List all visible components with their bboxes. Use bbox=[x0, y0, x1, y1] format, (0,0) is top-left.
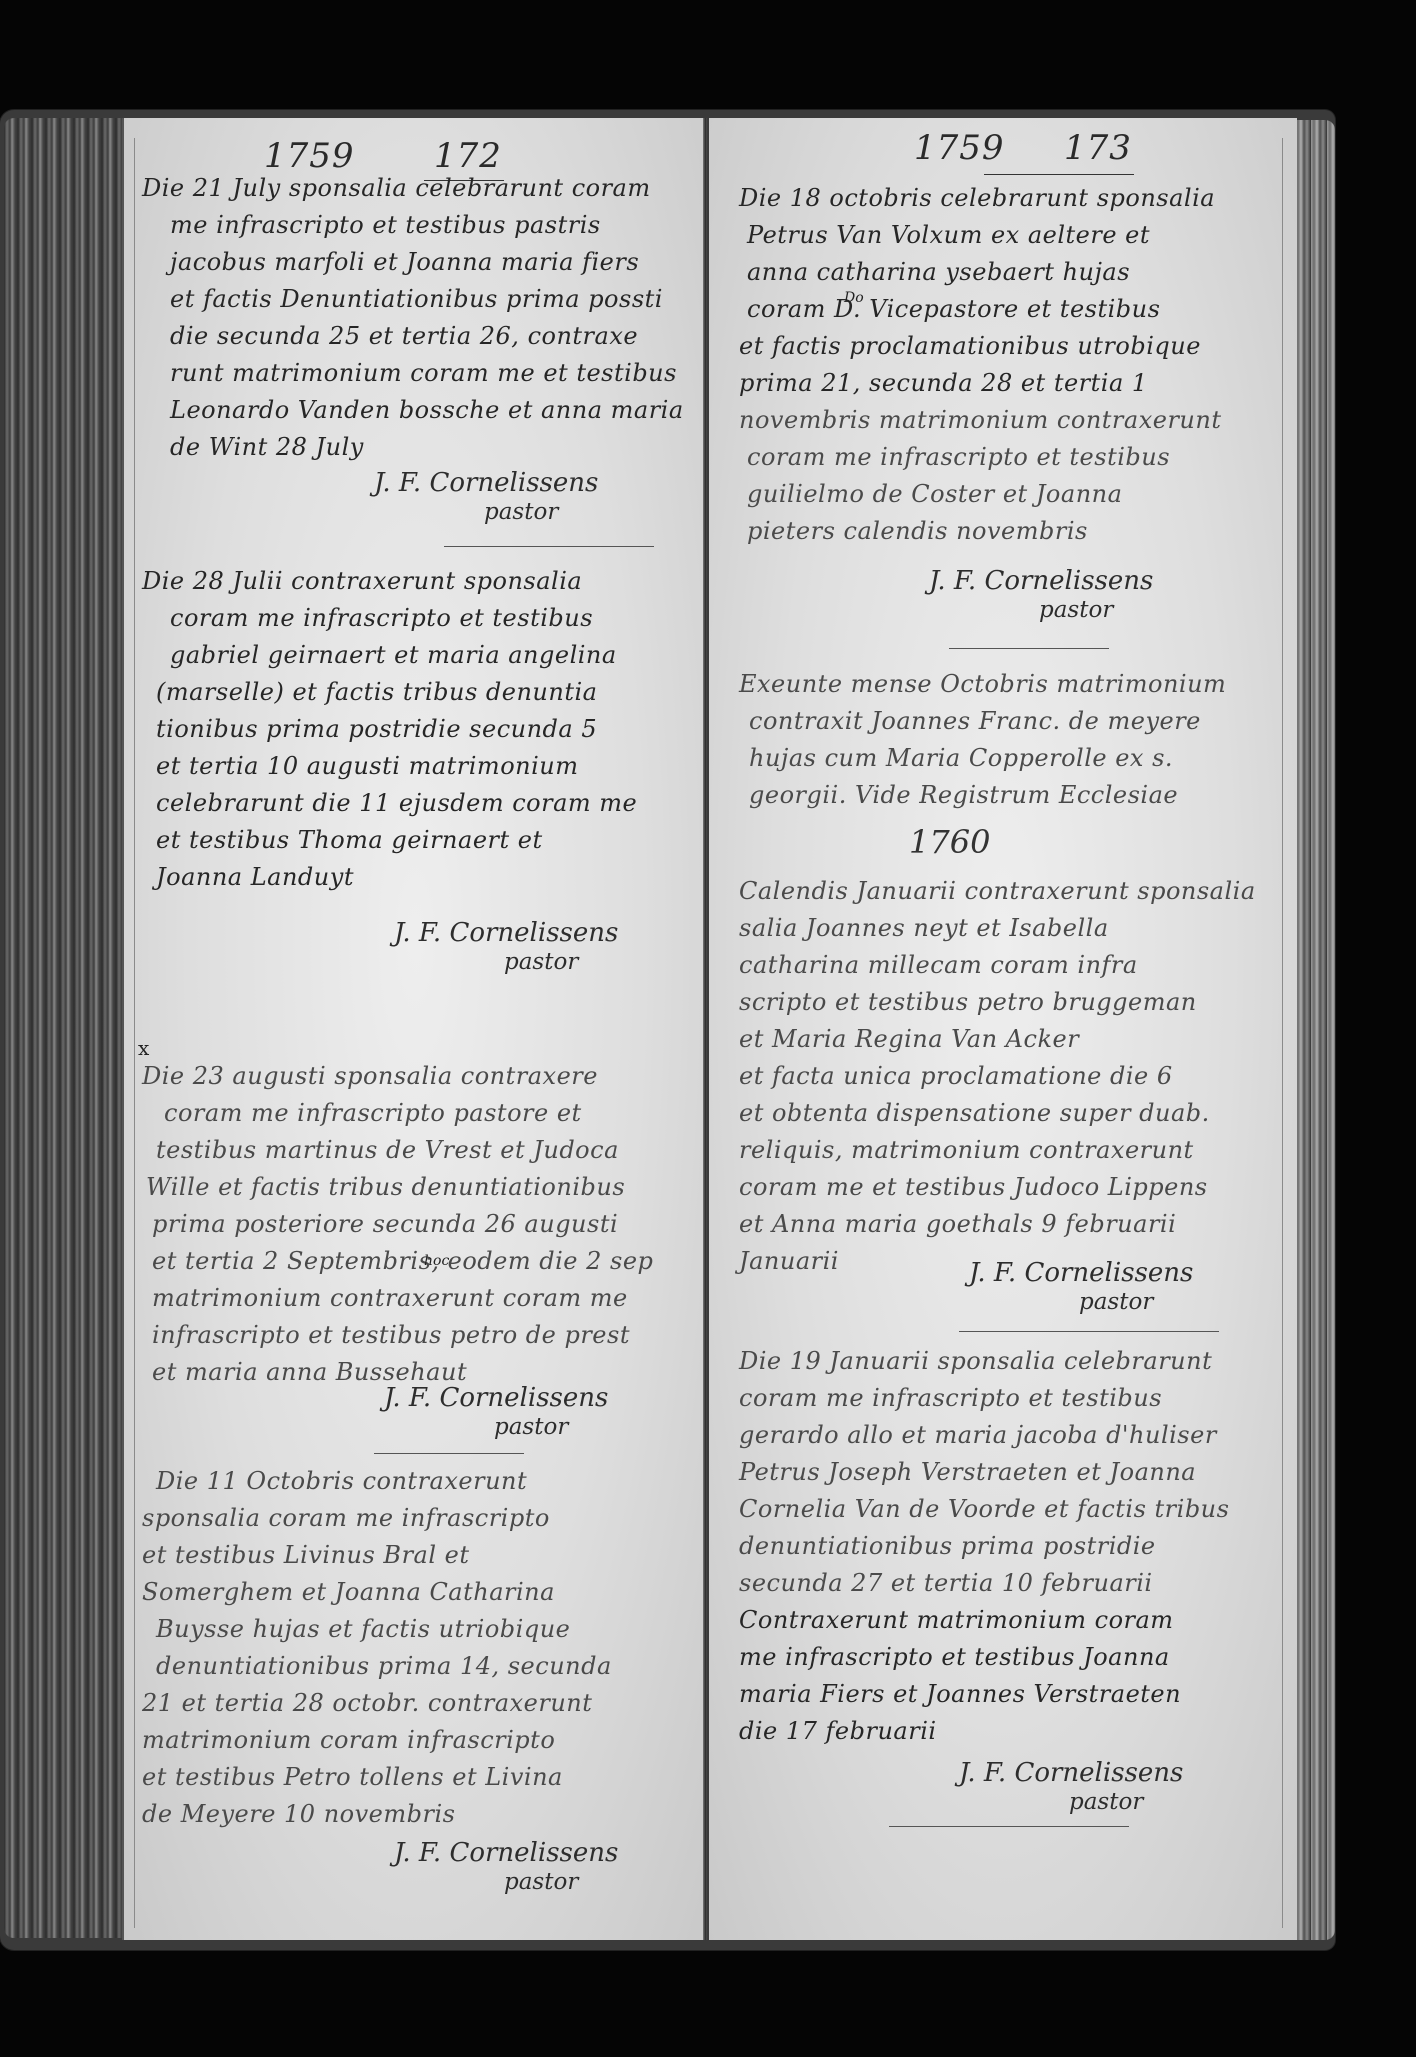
signature-name: J. F. Cornelissens bbox=[394, 918, 618, 948]
pastor-signature: J. F. Cornelissens pastor bbox=[959, 1758, 1183, 1816]
entry-line: coram me infrascripto et testibus bbox=[142, 600, 707, 637]
entry-line: Die 18 octobris celebrarunt sponsalia bbox=[739, 180, 1297, 217]
entry-line: coram me et testibus Judoco Lippens bbox=[739, 1169, 1297, 1206]
entry-line: prima 21, secunda 28 et tertia 1 bbox=[739, 365, 1297, 402]
open-register-book: 1759 172 Die 21 July sponsalia celebraru… bbox=[0, 110, 1335, 1950]
entry-line: Wille et factis tribus denuntiationibus bbox=[142, 1169, 707, 1206]
entry-separator bbox=[949, 648, 1109, 649]
pastor-signature: J. F. Cornelissens pastor bbox=[394, 1838, 618, 1896]
entry-line: de Wint 28 July bbox=[142, 429, 707, 466]
signature-name: J. F. Cornelissens bbox=[384, 1383, 608, 1413]
entry-line: Somerghem et Joanna Catharina bbox=[142, 1574, 707, 1611]
entry-line: et factis Denuntiationibus prima possti bbox=[142, 281, 707, 318]
entry-line: de Meyere 10 novembris bbox=[142, 1796, 707, 1833]
register-entry: Die 23 augusti sponsalia contraxere cora… bbox=[142, 1058, 707, 1391]
entry-line: catharina millecam coram infra bbox=[739, 947, 1297, 984]
entry-line: novembris matrimonium contraxerunt bbox=[739, 402, 1297, 439]
signature-title: pastor bbox=[394, 948, 618, 976]
entry-line: Cornelia Van de Voorde et factis tribus bbox=[739, 1491, 1297, 1528]
entry-line: reliquis, matrimonium contraxerunt bbox=[739, 1132, 1297, 1169]
entry-line: et testibus Thoma geirnaert et bbox=[142, 822, 707, 859]
page-year: 1759 bbox=[914, 128, 1005, 168]
entry-line: contraxit Joannes Franc. de meyere bbox=[739, 703, 1297, 740]
signature-title: pastor bbox=[929, 596, 1153, 624]
pastor-signature: J. F. Cornelissens pastor bbox=[929, 566, 1153, 624]
register-entry: Die 18 octobris celebrarunt sponsalia Pe… bbox=[739, 180, 1297, 550]
register-entry: Calendis Januarii contraxerunt sponsalia… bbox=[739, 873, 1297, 1280]
entry-line: et obtenta dispensatione super duab. bbox=[739, 1095, 1297, 1132]
margin-rule bbox=[134, 138, 135, 1928]
year-heading: 1760 bbox=[909, 823, 990, 861]
entry-line: anna catharina ysebaert hujas bbox=[739, 254, 1297, 291]
entry-line: gabriel geirnaert et maria angelina bbox=[142, 637, 707, 674]
entry-line: me infrascripto et testibus Joanna bbox=[739, 1639, 1297, 1676]
stacked-page-edges-left bbox=[4, 118, 122, 1938]
entry-line: denuntiationibus prima 14, secunda bbox=[142, 1648, 707, 1685]
entry-line: Die 21 July sponsalia celebrarunt coram bbox=[142, 170, 707, 207]
signature-name: J. F. Cornelissens bbox=[929, 566, 1153, 596]
right-page: 1759 173 Die 18 octobris celebrarunt spo… bbox=[707, 118, 1297, 1940]
entry-line: celebrarunt die 11 ejusdem coram me bbox=[142, 785, 707, 822]
entry-line: et factis proclamationibus utrobique bbox=[739, 328, 1297, 365]
pastor-signature: J. F. Cornelissens pastor bbox=[394, 918, 618, 976]
entry-line: scripto et testibus petro bruggeman bbox=[739, 984, 1297, 1021]
entry-line: et Anna maria goethals 9 februarii bbox=[739, 1206, 1297, 1243]
signature-title: pastor bbox=[394, 1868, 618, 1896]
signature-name: J. F. Cornelissens bbox=[394, 1838, 618, 1868]
entry-line: coram me infrascripto et testibus bbox=[739, 1380, 1297, 1417]
entry-line: infrascripto et testibus petro de prest bbox=[142, 1317, 707, 1354]
register-entry: Die 19 Januarii sponsalia celebrarunt co… bbox=[739, 1343, 1297, 1750]
entry-line: matrimonium coram infrascripto bbox=[142, 1722, 707, 1759]
entry-line: denuntiationibus prima postridie bbox=[739, 1528, 1297, 1565]
entry-line: die secunda 25 et tertia 26, contraxe bbox=[142, 318, 707, 355]
entry-separator bbox=[444, 546, 654, 547]
entry-line: et tertia 10 augusti matrimonium bbox=[142, 748, 707, 785]
entry-line: me infrascripto et testibus pastris bbox=[142, 207, 707, 244]
entry-line: jacobus marfoli et Joanna maria fiers bbox=[142, 244, 707, 281]
entry-line: coram me infrascripto pastore et bbox=[142, 1095, 707, 1132]
entry-line: 21 et tertia 28 octobr. contraxerunt bbox=[142, 1685, 707, 1722]
folio-number: 173 bbox=[1064, 128, 1132, 168]
entry-line: georgii. Vide Registrum Ecclesiae bbox=[739, 777, 1297, 814]
pastor-signature: J. F. Cornelissens pastor bbox=[969, 1258, 1193, 1316]
signature-title: pastor bbox=[384, 1413, 608, 1441]
entry-line: matrimonium contraxerunt coram me bbox=[142, 1280, 707, 1317]
register-entry: Die 21 July sponsalia celebrarunt coram … bbox=[142, 170, 707, 466]
entry-line: coram D. Vicepastore et testibus bbox=[739, 291, 1297, 328]
stacked-page-edges-right bbox=[1295, 120, 1335, 1940]
entry-line: salia Joannes neyt et Isabella bbox=[739, 910, 1297, 947]
entry-line: pieters calendis novembris bbox=[739, 513, 1297, 550]
entry-line: Petrus Joseph Verstraeten et Joanna bbox=[739, 1454, 1297, 1491]
interlinear-insertion: hoc bbox=[424, 1253, 449, 1269]
entry-line: et facta unica proclamatione die 6 bbox=[739, 1058, 1297, 1095]
entry-line: et testibus Petro tollens et Livina bbox=[142, 1759, 707, 1796]
folio-underline bbox=[984, 174, 1134, 175]
entry-line: et Maria Regina Van Acker bbox=[739, 1021, 1297, 1058]
signature-name: J. F. Cornelissens bbox=[959, 1758, 1183, 1788]
entry-line: sponsalia coram me infrascripto bbox=[142, 1500, 707, 1537]
entry-line: (marselle) et factis tribus denuntia bbox=[142, 674, 707, 711]
entry-line: hujas cum Maria Copperolle ex s. bbox=[739, 740, 1297, 777]
entry-line: Exeunte mense Octobris matrimonium bbox=[739, 666, 1297, 703]
entry-line: Buysse hujas et factis utriobique bbox=[142, 1611, 707, 1648]
left-page: 1759 172 Die 21 July sponsalia celebraru… bbox=[122, 118, 707, 1940]
signature-title: pastor bbox=[969, 1288, 1193, 1316]
signature-title: pastor bbox=[959, 1788, 1183, 1816]
entry-line: gerardo allo et maria jacoba d'huliser bbox=[739, 1417, 1297, 1454]
entry-line: maria Fiers et Joannes Verstraeten bbox=[739, 1676, 1297, 1713]
register-entry: Die 11 Octobris contraxerunt sponsalia c… bbox=[142, 1463, 707, 1833]
entry-line: tionibus prima postridie secunda 5 bbox=[142, 711, 707, 748]
entry-line: Joanna Landuyt bbox=[142, 859, 707, 896]
entry-line: Die 23 augusti sponsalia contraxere bbox=[142, 1058, 707, 1095]
signature-title: pastor bbox=[374, 498, 598, 526]
signature-name: J. F. Cornelissens bbox=[374, 468, 598, 498]
entry-line: Petrus Van Volxum ex aeltere et bbox=[739, 217, 1297, 254]
entry-line: Calendis Januarii contraxerunt sponsalia bbox=[739, 873, 1297, 910]
entry-line: guilielmo de Coster et Joanna bbox=[739, 476, 1297, 513]
entry-line: Die 19 Januarii sponsalia celebrarunt bbox=[739, 1343, 1297, 1380]
entry-line: coram me infrascripto et testibus bbox=[739, 439, 1297, 476]
entry-line: et testibus Livinus Bral et bbox=[142, 1537, 707, 1574]
entry-separator bbox=[374, 1453, 524, 1454]
entry-line: Die 28 Julii contraxerunt sponsalia bbox=[142, 563, 707, 600]
register-entry: Exeunte mense Octobris matrimonium contr… bbox=[739, 666, 1297, 814]
entry-line: Leonardo Vanden bossche et anna maria bbox=[142, 392, 707, 429]
entry-separator bbox=[889, 1826, 1129, 1827]
margin-cross-mark: x bbox=[138, 1036, 149, 1060]
entry-separator bbox=[959, 1331, 1219, 1332]
entry-line: Die 11 Octobris contraxerunt bbox=[142, 1463, 707, 1500]
entry-line: Contraxerunt matrimonium coram bbox=[739, 1602, 1297, 1639]
entry-line: die 17 februarii bbox=[739, 1713, 1297, 1750]
entry-line: prima posteriore secunda 26 augusti bbox=[142, 1206, 707, 1243]
entry-line: secunda 27 et tertia 10 februarii bbox=[739, 1565, 1297, 1602]
pastor-signature: J. F. Cornelissens pastor bbox=[374, 468, 598, 526]
entry-line: testibus martinus de Vrest et Judoca bbox=[142, 1132, 707, 1169]
signature-name: J. F. Cornelissens bbox=[969, 1258, 1193, 1288]
register-entry: Die 28 Julii contraxerunt sponsalia cora… bbox=[142, 563, 707, 896]
entry-line: runt matrimonium coram me et testibus bbox=[142, 355, 707, 392]
interlinear-insertion: Do bbox=[844, 290, 864, 306]
pastor-signature: J. F. Cornelissens pastor bbox=[384, 1383, 608, 1441]
